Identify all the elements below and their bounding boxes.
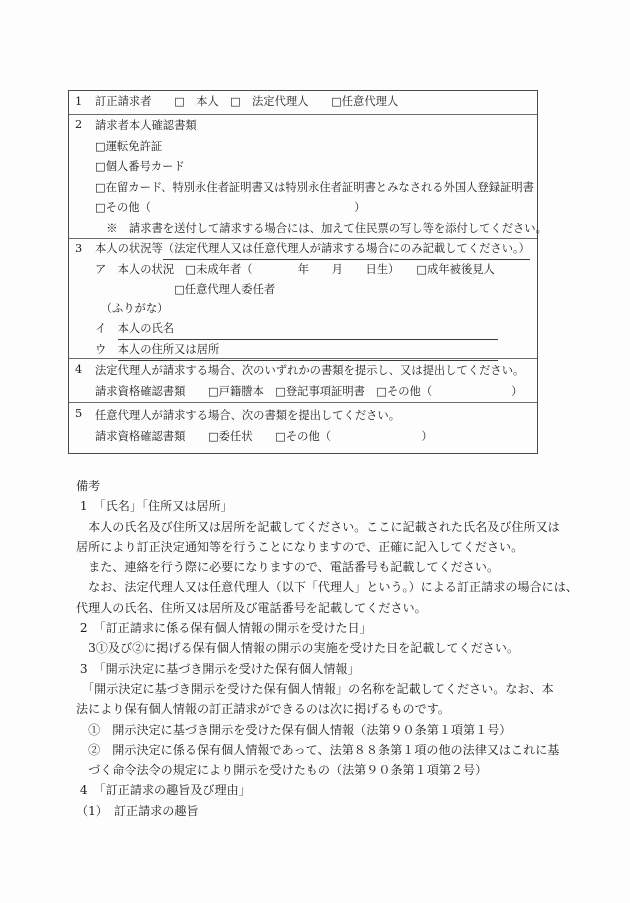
address-blank-field: 本人の住所又は居所 <box>118 340 498 361</box>
section-title-line: 本人の状況等（法定代理人又は任意代理人が請求する場合にのみ記載してください。） <box>95 239 537 260</box>
qualification-docs-line: 請求資格確認書類 □戸籍謄本 □登記事項証明書 □その他（ ） <box>95 381 537 402</box>
checkbox-label: 在留カード、特別永住者証明書又は特別永住者証明書とみなされる外国人登録証明書 <box>106 181 534 194</box>
qualification-docs-line: 請求資格確認書類 □委任状 □その他（ ） <box>95 426 537 447</box>
checkbox-label: その他（ ） <box>106 201 366 214</box>
remarks-title: 備考 <box>76 476 581 496</box>
table-row-voluntary-representative: 5 任意代理人が請求する場合、次の書類を提出してください。 請求資格確認書類 □… <box>69 402 537 453</box>
instruction-text: 任意代理人が請求する場合、次の書類を提出してください。 <box>95 405 537 426</box>
table-row-identity-documents: 2 請求者本人確認書類 □運転免許証 □個人番号カード □在留カード、特別永住者… <box>69 114 537 238</box>
row-number: 1 <box>69 91 95 114</box>
checkbox-adult-ward-icon: □ <box>416 263 427 276</box>
checkbox-label: 個人番号カード <box>106 160 185 173</box>
checkbox-delegator-icon: □ <box>174 283 185 296</box>
checkbox-toki-icon: □ <box>275 385 286 398</box>
row-content: 任意代理人が請求する場合、次の書類を提出してください。 請求資格確認書類 □委任… <box>95 403 537 453</box>
field-prefix: ウ <box>95 343 118 356</box>
remarks-line: づく命令法令の規定により開示を受けたもの（法第９０条第１項第２号） <box>76 760 581 780</box>
furigana-label: （ふりがな） <box>95 299 537 319</box>
name-field-line: イ 本人の氏名 <box>95 319 537 340</box>
row-content: 訂正請求者 □ 本人 □ 法定代理人 □任意代理人 <box>95 91 537 114</box>
checkbox-label: 運転免許証 <box>106 140 163 153</box>
remarks-line: 2 「訂正請求に係る保有個人情報の開示を受けた日」 <box>76 618 581 638</box>
row-content: 本人の状況等（法定代理人又は任意代理人が請求する場合にのみ記載してください。） … <box>95 239 537 358</box>
status-line: ア 本人の状況 □未成年者（ 年 月 日生） □成年被後見人 <box>95 260 537 280</box>
mail-note: ※ 請求書を送付して請求する場合には、加えて住民票の写し等を添付してください。 <box>95 219 537 240</box>
checkbox-item-other: □その他（ ） <box>95 198 537 219</box>
instruction-text: 法定代理人が請求する場合、次のいずれかの書類を提示し、又は提出してください。 <box>95 360 537 381</box>
checkbox-delegator-label: 任意代理人委任者 <box>185 283 275 296</box>
remarks-line: また、連絡を行う際に必要になりますので、電話番号も記載してください。 <box>76 557 581 577</box>
field-label: 請求資格確認書類 <box>95 430 208 443</box>
delegator-line: □任意代理人委任者 <box>95 280 537 300</box>
section-title: 請求者本人確認書類 <box>95 116 537 137</box>
address-field-line: ウ 本人の住所又は居所 <box>95 340 537 361</box>
checkbox-icon: □ <box>95 160 106 173</box>
form-table: 1 訂正請求者 □ 本人 □ 法定代理人 □任意代理人 2 請求者本人確認書類 … <box>68 90 538 454</box>
checkbox-item-mynumber-card: □個人番号カード <box>95 157 537 178</box>
row-number: 3 <box>69 239 95 358</box>
section-title: 本人の状況等 <box>95 239 163 260</box>
remarks-section: 備考 1 「氏名」「住所又は居所」 本人の氏名及び住所又は居所を記載してください… <box>76 476 581 821</box>
checkbox-minor-icon: □ <box>185 263 196 276</box>
field-label: ア 本人の状況 <box>95 263 185 276</box>
checkbox-other-label: その他（ ） <box>387 385 523 398</box>
checkbox-other-icon: □ <box>275 430 286 443</box>
section-title-note: （法定代理人又は任意代理人が請求する場合にのみ記載してください。） <box>163 239 530 260</box>
checkbox-icon: □ <box>95 140 106 153</box>
name-blank-field: 本人の氏名 <box>118 319 498 340</box>
field-label: 請求資格確認書類 <box>95 385 208 398</box>
remarks-line: 3 「開示決定に基づき開示を受けた保有個人情報」 <box>76 659 581 679</box>
checkbox-minor-label: 未成年者（ 年 月 日生） <box>196 263 416 276</box>
field-label: 訂正請求者 <box>95 95 174 108</box>
checkbox-honnin-icon: □ <box>174 95 185 108</box>
field-prefix: イ <box>95 322 118 335</box>
table-row-applicant: 1 訂正請求者 □ 本人 □ 法定代理人 □任意代理人 <box>69 91 537 114</box>
remarks-line: 居所により訂正決定通知等を行うことになりますので、正確に記入してください。 <box>76 537 581 557</box>
remarks-line: 3①及び②に掲げる保有個人情報の開示の実施を受けた日を記載してください。 <box>76 638 581 658</box>
remarks-line: （1） 訂正請求の趣旨 <box>76 801 581 821</box>
checkbox-nini-dairinin-icon: □ <box>331 95 342 108</box>
checkbox-icon: □ <box>95 181 106 194</box>
remarks-line: 代理人の氏名、住所又は居所及び電話番号を記載してください。 <box>76 598 581 618</box>
remarks-line: 1 「氏名」「住所又は居所」 <box>76 496 581 516</box>
remarks-line: なお、法定代理人又は任意代理人（以下「代理人」という。）による訂正請求の場合には… <box>76 577 581 597</box>
table-row-principal-status: 3 本人の状況等（法定代理人又は任意代理人が請求する場合にのみ記載してください。… <box>69 238 537 358</box>
checkbox-other-label: その他（ ） <box>286 430 433 443</box>
table-row-legal-representative: 4 法定代理人が請求する場合、次のいずれかの書類を提示し、又は提出してください。… <box>69 358 537 402</box>
checkbox-ininjo-icon: □ <box>208 430 219 443</box>
checkbox-adult-ward-label: 成年被後見人 <box>427 263 495 276</box>
document-page: 1 訂正請求者 □ 本人 □ 法定代理人 □任意代理人 2 請求者本人確認書類 … <box>0 0 630 903</box>
checkbox-hotei-dairinin-label: 法定代理人 <box>241 95 331 108</box>
row-number: 2 <box>69 115 95 238</box>
remarks-line: 4 「訂正請求の趣旨及び理由」 <box>76 780 581 800</box>
field-label: 本人の氏名 <box>118 322 175 335</box>
checkbox-item-residence-card: □在留カード、特別永住者証明書又は特別永住者証明書とみなされる外国人登録証明書 <box>95 178 537 199</box>
remarks-line: 法により保有個人情報の訂正請求ができるのは次に掲げるものです。 <box>76 699 581 719</box>
checkbox-other-icon: □ <box>376 385 387 398</box>
checkbox-koseki-icon: □ <box>208 385 219 398</box>
checkbox-icon: □ <box>95 201 106 214</box>
row-content: 法定代理人が請求する場合、次のいずれかの書類を提示し、又は提出してください。 請… <box>95 359 537 402</box>
applicant-type-line: 訂正請求者 □ 本人 □ 法定代理人 □任意代理人 <box>95 91 537 113</box>
remarks-line: 「開示決定に基づき開示を受けた保有個人情報」の名称を記載してください。なお、本 <box>76 679 581 699</box>
checkbox-hotei-dairinin-icon: □ <box>230 95 241 108</box>
field-label: 本人の住所又は居所 <box>118 343 220 356</box>
remarks-line: ① 開示決定に基づき開示を受けた保有個人情報（法第９０条第１項第１号） <box>76 720 581 740</box>
row-number: 4 <box>69 359 95 402</box>
checkbox-ininjo-label: 委任状 <box>219 430 276 443</box>
indent <box>95 283 174 296</box>
remarks-line: 本人の氏名及び住所又は居所を記載してください。ここに記載された氏名及び住所又は <box>76 517 581 537</box>
checkbox-item-license: □運転免許証 <box>95 137 537 158</box>
checkbox-honnin-label: 本人 <box>185 95 230 108</box>
remarks-line: ② 開示決定に係る保有個人情報であって、法第８８条第１項の他の法律又はこれに基 <box>76 740 581 760</box>
checkbox-koseki-label: 戸籍謄本 <box>219 385 276 398</box>
checkbox-toki-label: 登記事項証明書 <box>286 385 376 398</box>
row-number: 5 <box>69 403 95 453</box>
row-content: 請求者本人確認書類 □運転免許証 □個人番号カード □在留カード、特別永住者証明… <box>95 115 537 238</box>
checkbox-nini-dairinin-label: 任意代理人 <box>342 95 399 108</box>
